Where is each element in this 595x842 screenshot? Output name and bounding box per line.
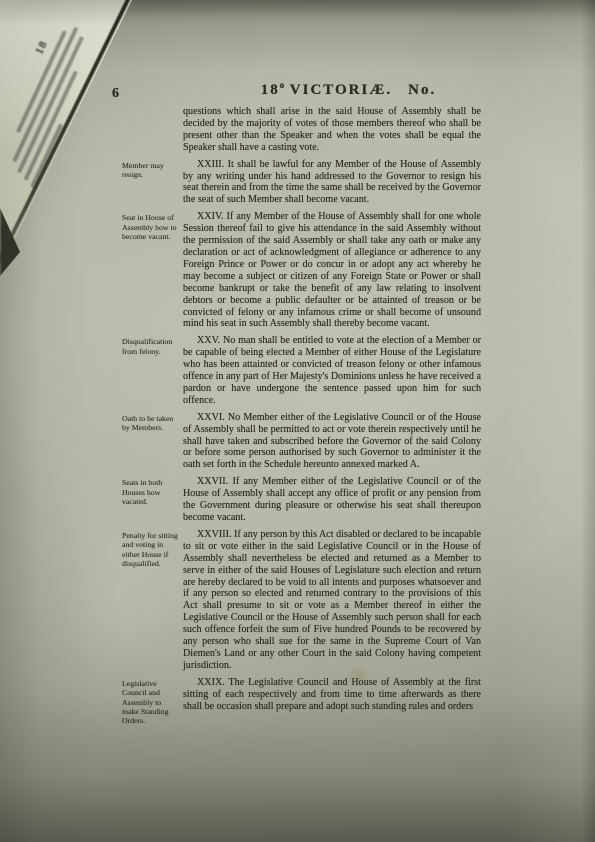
regnal-ordinal-mark: o xyxy=(280,80,285,90)
section-row: Legislative Council and Assembly to make… xyxy=(122,677,481,726)
section-row: Seats in both Houses how vacated. XXVII.… xyxy=(122,476,481,524)
running-head-title: VICTORIÆ. xyxy=(290,82,392,98)
regnal-year: 18 xyxy=(261,82,280,98)
printed-content: 6 18o VICTORIÆ.No. questions which shall… xyxy=(0,0,595,842)
section-row: Penalty for sitting and voting in either… xyxy=(122,529,481,672)
section-paragraph: XXVII. If any Member either of the Legis… xyxy=(183,476,481,524)
margin-note: Legislative Council and Assembly to make… xyxy=(122,677,179,726)
section-paragraph: XXVIII. If any person by this Act disabl… xyxy=(183,529,481,672)
book-page-photo: 6 18o VICTORIÆ.No. questions which shall… xyxy=(0,0,595,842)
margin-note: Oath to be taken by Members. xyxy=(122,412,179,433)
act-number-label: No. xyxy=(408,82,436,98)
section-row: Seat in House of Assembly how to become … xyxy=(122,211,481,330)
section-row: questions which shall arise in the said … xyxy=(122,106,481,154)
margin-note: Seats in both Houses how vacated. xyxy=(122,476,179,506)
section-row: Disqualification from felony. XXV. No ma… xyxy=(122,335,481,406)
section-paragraph: XXIX. The Legislative Council and House … xyxy=(183,677,481,713)
margin-note: Seat in House of Assembly how to become … xyxy=(122,211,179,241)
section-row: Oath to be taken by Members. XXVI. No Me… xyxy=(122,412,481,472)
margin-note: Disqualification from felony. xyxy=(122,335,179,356)
section-paragraph: XXV. No man shall be entitled to vote at… xyxy=(183,335,481,406)
margin-note xyxy=(122,106,179,108)
running-head: 18o VICTORIÆ.No. xyxy=(196,80,501,99)
page-number: 6 xyxy=(112,86,119,102)
section-paragraph: XXVI. No Member either of the Legislativ… xyxy=(183,412,481,472)
section-row: Member may resign. XXIII. It shall be la… xyxy=(122,159,481,207)
section-paragraph: XXIII. It shall be lawful for any Member… xyxy=(183,159,481,207)
section-paragraph: questions which shall arise in the said … xyxy=(183,106,481,154)
act-text-block: questions which shall arise in the said … xyxy=(122,106,481,731)
margin-note: Penalty for sitting and voting in either… xyxy=(122,529,179,569)
margin-note: Member may resign. xyxy=(122,159,179,180)
section-paragraph: XXIV. If any Member of the House of Asse… xyxy=(183,211,481,330)
